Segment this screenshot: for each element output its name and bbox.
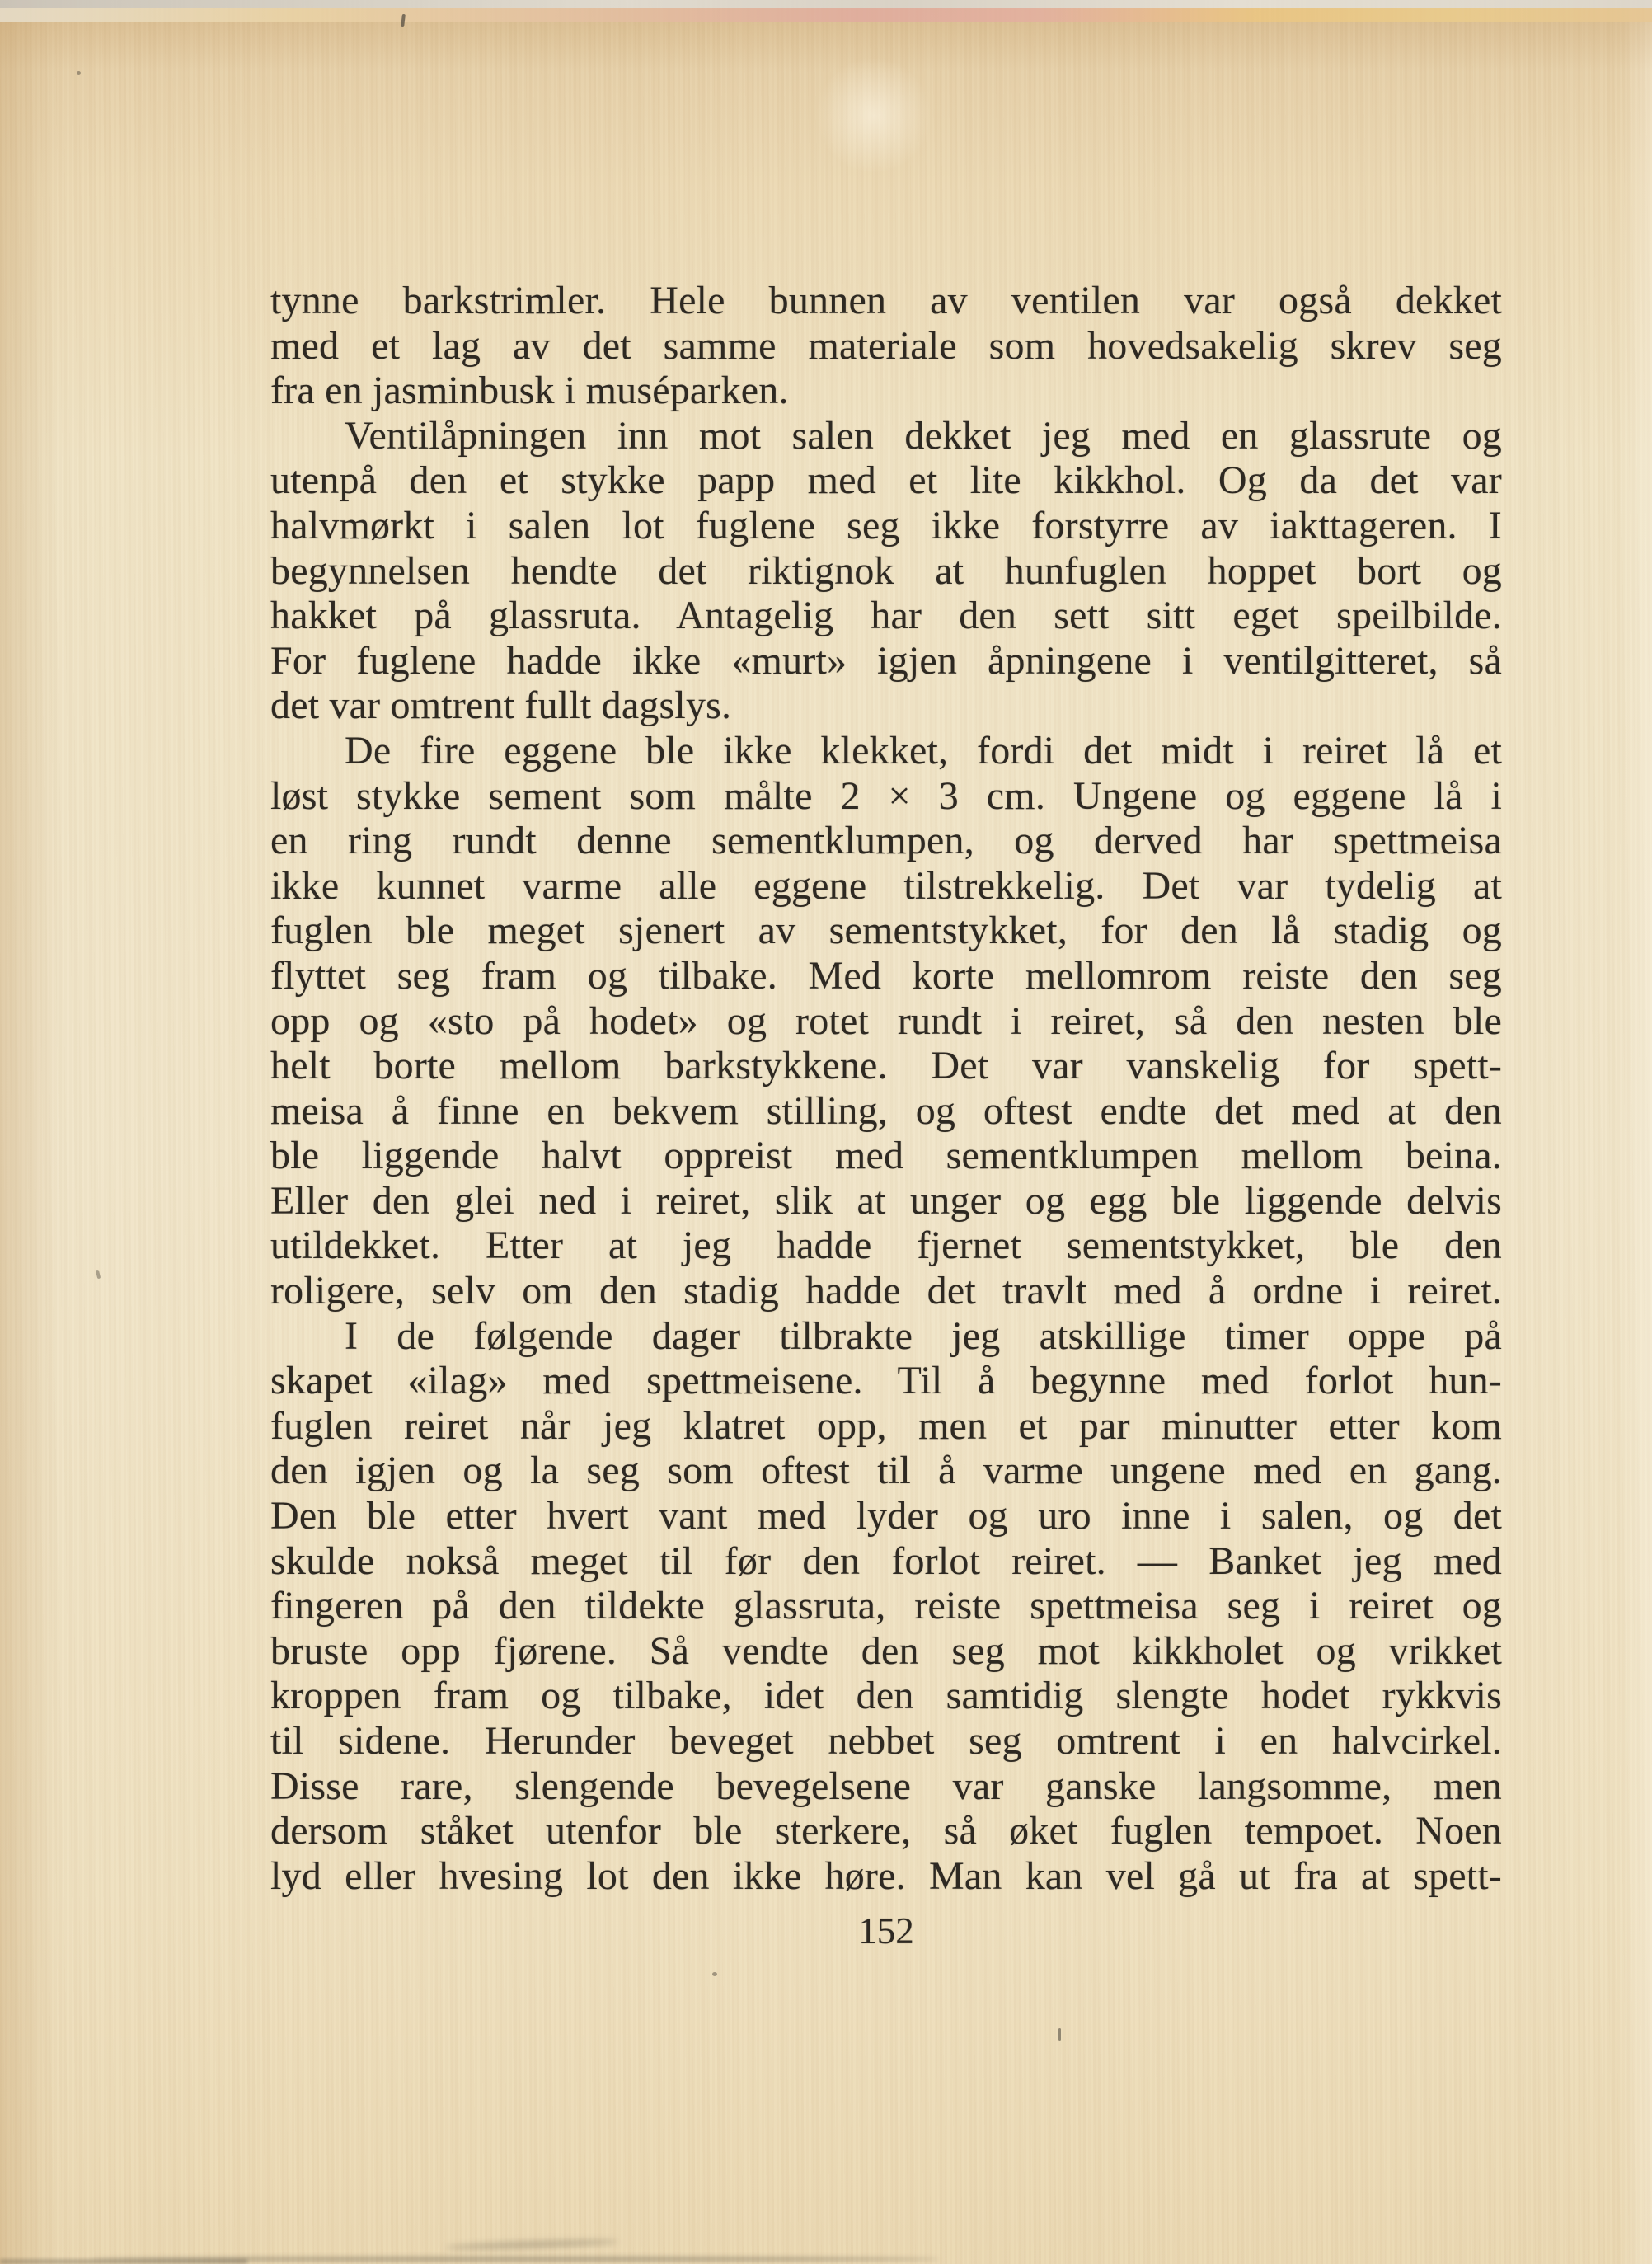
text-line: helt borte mellom barkstykkene. Det var … xyxy=(270,1044,1502,1089)
text-line: For fuglene hadde ikke «murt» igjen åpni… xyxy=(270,639,1502,684)
scan-top-edge-band xyxy=(0,8,1652,22)
text-line: Ventilåpningen inn mot salen dekket jeg … xyxy=(270,414,1502,459)
paper-speck xyxy=(712,1972,717,1976)
text-line: halvmørkt i salen lot fuglene seg ikke f… xyxy=(270,504,1502,549)
text-line: fuglen ble meget sjenert av sementstykke… xyxy=(270,909,1502,954)
text-line: dersom ståket utenfor ble sterkere, så ø… xyxy=(270,1809,1502,1854)
text-line: den igjen og la seg som oftest til å var… xyxy=(270,1449,1502,1494)
text-line: kroppen fram og tilbake, idet den samtid… xyxy=(270,1674,1502,1719)
text-line: fingeren på den tildekte glassruta, reis… xyxy=(270,1584,1502,1629)
text-line: Disse rare, slengende bevegelsene var ga… xyxy=(270,1764,1502,1810)
text-line: utenpå den et stykke papp med et lite ki… xyxy=(270,458,1502,504)
body-text-block: tynne barkstrimler. Hele bunnen av venti… xyxy=(270,279,1502,1899)
scan-bottom-shadow xyxy=(445,2238,618,2251)
text-line: Den ble etter hvert vant med lyder og ur… xyxy=(270,1494,1502,1539)
text-line: I de følgende dager tilbrakte jeg atskil… xyxy=(270,1314,1502,1360)
paper-speck xyxy=(77,71,81,75)
text-line: De fire eggene ble ikke klekket, fordi d… xyxy=(270,729,1502,774)
text-line: hakket på glassruta. Antagelig har den s… xyxy=(270,594,1502,639)
text-line: flyttet seg fram og tilbake. Med korte m… xyxy=(270,954,1502,999)
text-line: ble liggende halvt oppreist med sementkl… xyxy=(270,1134,1502,1179)
text-line: begynnelsen hendte det riktignok at hunf… xyxy=(270,549,1502,594)
text-line: en ring rundt denne sementklumpen, og de… xyxy=(270,819,1502,864)
text-line: ikke kunnet varme alle eggene tilstrekke… xyxy=(270,864,1502,909)
text-line: meisa å finne en bekvem stilling, og oft… xyxy=(270,1089,1502,1134)
text-line: Eller den glei ned i reiret, slik at ung… xyxy=(270,1179,1502,1224)
text-line: tynne barkstrimler. Hele bunnen av venti… xyxy=(270,279,1502,324)
page-number: 152 xyxy=(270,1909,1502,1952)
text-line: til sidene. Herunder beveget nebbet seg … xyxy=(270,1719,1502,1764)
text-line: fuglen reiret når jeg klatret opp, men e… xyxy=(270,1404,1502,1449)
text-line: det var omtrent fullt dagslys. xyxy=(270,683,1502,729)
text-line: utildekket. Etter at jeg hadde fjernet s… xyxy=(270,1224,1502,1269)
text-line: opp og «sto på hodet» og rotet rundt i r… xyxy=(270,999,1502,1045)
text-line: lyd eller hvesing lot den ikke høre. Man… xyxy=(270,1854,1502,1900)
text-line: skapet «ilag» med spettmeisene. Til å be… xyxy=(270,1359,1502,1404)
text-line: med et lag av det samme materiale som ho… xyxy=(270,324,1502,369)
scan-top-edge xyxy=(0,0,1652,8)
text-line: bruste opp fjørene. Så vendte den seg mo… xyxy=(270,1629,1502,1675)
paper-speck xyxy=(96,1270,101,1280)
text-line: skulde nokså meget til før den forlot re… xyxy=(270,1539,1502,1585)
paper-speck xyxy=(1058,2028,1061,2041)
scan-top-edge-fade xyxy=(0,22,1652,72)
text-line: fra en jasminbusk i muséparken. xyxy=(270,369,1502,414)
text-line: løst stykke sement som målte 2 × 3 cm. U… xyxy=(270,774,1502,820)
book-page-scan: tynne barkstrimler. Hele bunnen av venti… xyxy=(0,0,1652,2264)
text-line: roligere, selv om den stadig hadde det t… xyxy=(270,1269,1502,1314)
scan-bottom-shadow xyxy=(0,2259,247,2264)
